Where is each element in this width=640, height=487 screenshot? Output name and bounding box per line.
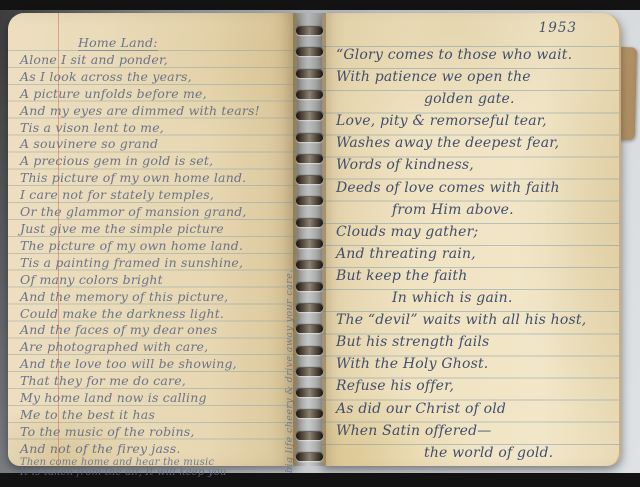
spiral-coil bbox=[296, 27, 323, 35]
spiral-coil bbox=[296, 197, 323, 205]
spiral-coil bbox=[296, 176, 323, 184]
spiral-coil bbox=[296, 240, 323, 248]
spiral-coil bbox=[296, 261, 323, 269]
spiral-binding bbox=[293, 13, 326, 466]
handwritten-line: Are photographed with care, bbox=[20, 339, 293, 356]
handwritten-line: “Glory comes to those who wait. bbox=[336, 44, 613, 66]
handwritten-line: Of many colors bright bbox=[20, 272, 293, 289]
handwritten-line: Me to the best it has bbox=[20, 407, 293, 424]
handwritten-line: Clouds may gather; bbox=[336, 221, 613, 243]
spiral-coil bbox=[296, 389, 323, 397]
handwritten-line: Tis a painting framed in sunshine, bbox=[20, 255, 293, 272]
left-page: Home Land: Alone I sit and ponder,As I l… bbox=[8, 13, 297, 466]
spiral-coil bbox=[296, 453, 323, 461]
handwritten-line: When Satin offered— bbox=[336, 420, 613, 442]
spiral-coil bbox=[296, 432, 323, 440]
handwritten-line: And not of the firey jass. bbox=[20, 441, 293, 458]
spiral-coil bbox=[296, 368, 323, 376]
handwritten-line: As did our Christ of old bbox=[336, 398, 613, 420]
handwritten-line: This picture of my own home land. bbox=[20, 170, 293, 187]
notebook-photo: Home Land: Alone I sit and ponder,As I l… bbox=[0, 0, 640, 487]
handwritten-line: It is taken from the air, It will keep y… bbox=[20, 468, 293, 479]
spiral-coil bbox=[296, 219, 323, 227]
handwritten-line: As I look across the years, bbox=[20, 69, 293, 86]
spiral-coil bbox=[296, 410, 323, 418]
handwritten-line: The “devil” waits with all his host, bbox=[336, 309, 613, 331]
spiral-coil bbox=[296, 325, 323, 333]
handwritten-line: Or the glammor of mansion grand, bbox=[20, 204, 293, 221]
spiral-coil bbox=[296, 112, 323, 120]
handwritten-line: Washes away the deepest fear, bbox=[336, 132, 613, 154]
handwritten-line: With patience we open the bbox=[336, 66, 613, 88]
handwritten-line: To the music of the robins, bbox=[20, 424, 293, 441]
handwritten-line: That they for me do care, bbox=[20, 373, 293, 390]
handwritten-line: Alone I sit and ponder, bbox=[20, 52, 293, 69]
handwritten-line: In which is gain. bbox=[336, 287, 613, 309]
handwritten-line: golden gate. bbox=[336, 88, 613, 110]
spiral-coil bbox=[296, 304, 323, 312]
handwritten-line: from Him above. bbox=[336, 199, 613, 221]
handwritten-line: But keep the faith bbox=[336, 265, 613, 287]
handwritten-line: I care not for stately temples, bbox=[20, 187, 293, 204]
year-annotation: 1953 bbox=[539, 20, 577, 36]
handwritten-line: Just give me the simple picture bbox=[20, 221, 293, 238]
handwritten-line: My home land now is calling bbox=[20, 390, 293, 407]
handwritten-line: The picture of my own home land. bbox=[20, 238, 293, 255]
handwritten-line: A picture unfolds before me, bbox=[20, 86, 293, 103]
handwritten-line: But his strength fails bbox=[336, 331, 613, 353]
handwritten-line: Tis a vison lent to me, bbox=[20, 120, 293, 137]
handwritten-line: Love, pity & remorseful tear, bbox=[336, 110, 613, 132]
handwritten-line: With the Holy Ghost. bbox=[336, 353, 613, 375]
spiral-coil bbox=[296, 155, 323, 163]
right-page: 1953 “Glory comes to those who wait.With… bbox=[322, 13, 621, 466]
handwritten-line: And the faces of my dear ones bbox=[20, 322, 293, 339]
spiral-coil bbox=[296, 283, 323, 291]
left-page-text: Home Land: Alone I sit and ponder,As I l… bbox=[20, 35, 293, 479]
handwritten-line: And the love too will be showing, bbox=[20, 356, 293, 373]
spiral-coil bbox=[296, 70, 323, 78]
handwritten-line: And my eyes are dimmed with tears! bbox=[20, 103, 293, 120]
handwritten-line: Words of kindness, bbox=[336, 154, 613, 176]
handwritten-line: And threating rain, bbox=[336, 243, 613, 265]
handwritten-line: A souvinere so grand bbox=[20, 136, 293, 153]
right-page-text: “Glory comes to those who wait.With pati… bbox=[336, 44, 613, 464]
spiral-coil bbox=[296, 347, 323, 355]
handwritten-line: Refuse his offer, bbox=[336, 375, 613, 397]
handwritten-line: Could make the darkness light. bbox=[20, 306, 293, 323]
left-poem-lines: Alone I sit and ponder,As I look across … bbox=[20, 52, 293, 479]
handwritten-line: And the memory of this picture, bbox=[20, 289, 293, 306]
spiral-coil bbox=[296, 91, 323, 99]
handwritten-line: A precious gem in gold is set, bbox=[20, 153, 293, 170]
spiral-coil bbox=[296, 48, 323, 56]
poem-title: Home Land: bbox=[20, 35, 293, 52]
handwritten-line: Deeds of love comes with faith bbox=[336, 177, 613, 199]
handwritten-line: the world of gold. bbox=[336, 442, 613, 464]
spiral-coil bbox=[296, 134, 323, 142]
